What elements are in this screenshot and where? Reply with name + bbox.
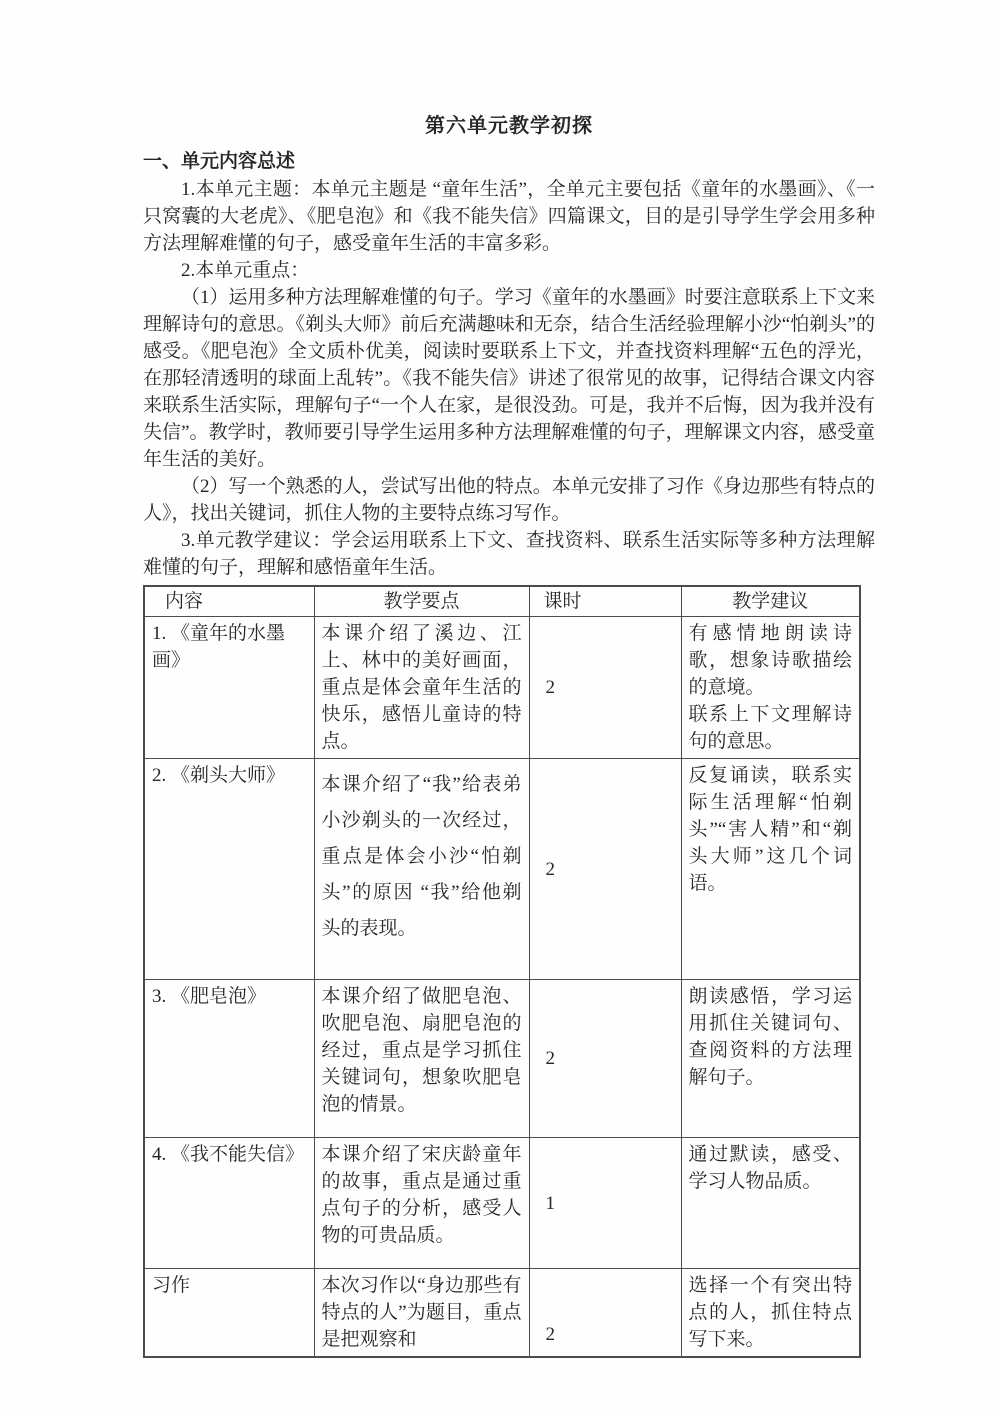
cell-content: 4. 《我不能失信》 bbox=[144, 1138, 314, 1269]
cell-teaching-points: 本课介绍了溪边、江上、林中的美好画面，重点是体会童年生活的快乐，感悟儿童诗的特点… bbox=[314, 617, 529, 759]
cell-teaching-suggestion: 通过默读，感受、学习人物品质。 bbox=[681, 1138, 860, 1269]
cell-class-hours: 2 bbox=[529, 980, 681, 1138]
col-header-content: 内容 bbox=[144, 586, 314, 617]
doc-title: 第六单元教学初探 bbox=[143, 112, 875, 140]
document-page: 第六单元教学初探 一、单元内容总述 1.本单元主题：本单元主题是 “童年生活”，… bbox=[0, 0, 1000, 1415]
table-row: 3. 《肥皂泡》 本课介绍了做肥皂泡、吹肥皂泡、扇肥皂泡的经过，重点是学习抓住关… bbox=[144, 980, 860, 1138]
cell-class-hours: 2 bbox=[529, 1269, 681, 1358]
cell-content: 3. 《肥皂泡》 bbox=[144, 980, 314, 1138]
cell-teaching-points: 本课介绍了做肥皂泡、吹肥皂泡、扇肥皂泡的经过，重点是学习抓住关键词句，想象吹肥皂… bbox=[314, 980, 529, 1138]
table-row: 习作 本次习作以“身边那些有特点的人”为题目，重点是把观察和 2 选择一个有突出… bbox=[144, 1269, 860, 1358]
cell-teaching-points: 本课介绍了宋庆龄童年的故事，重点是通过重点句子的分析，感受人物的可贵品质。 bbox=[314, 1138, 529, 1269]
table-header-row: 内容 教学要点 课时 教学建议 bbox=[144, 586, 860, 617]
cell-teaching-points: 本次习作以“身边那些有特点的人”为题目，重点是把观察和 bbox=[314, 1269, 529, 1358]
table-row: 4. 《我不能失信》 本课介绍了宋庆龄童年的故事，重点是通过重点句子的分析，感受… bbox=[144, 1138, 860, 1269]
paragraph-unit-focus-label: 2.本单元重点： bbox=[143, 257, 875, 284]
cell-content: 2. 《剃头大师》 bbox=[144, 759, 314, 980]
cell-class-hours: 1 bbox=[529, 1138, 681, 1269]
cell-teaching-suggestion: 有感情地朗读诗歌，想象诗歌描绘的意境。 联系上下文理解诗句的意思。 bbox=[681, 617, 860, 759]
paragraph-unit-theme: 1.本单元主题：本单元主题是 “童年生活”，全单元主要包括《童年的水墨画》、《一… bbox=[143, 176, 875, 257]
cell-teaching-points: 本课介绍了“我”给表弟小沙剃头的一次经过，重点是体会小沙“怕剃头”的原因 “我”… bbox=[314, 759, 529, 980]
unit-overview-table: 内容 教学要点 课时 教学建议 1. 《童年的水墨画》 本课介绍了溪边、江上、林… bbox=[143, 585, 861, 1358]
cell-teaching-suggestion: 反复诵读，联系实际生活理解“怕剃头”“害人精”和“剃头大师”这几个词语。 bbox=[681, 759, 860, 980]
table-row: 2. 《剃头大师》 本课介绍了“我”给表弟小沙剃头的一次经过，重点是体会小沙“怕… bbox=[144, 759, 860, 980]
cell-teaching-suggestion: 朗读感悟，学习运用抓住关键词句、查阅资料的方法理解句子。 bbox=[681, 980, 860, 1138]
section-heading: 一、单元内容总述 bbox=[143, 148, 875, 176]
cell-class-hours: 2 bbox=[529, 617, 681, 759]
col-header-teaching-points: 教学要点 bbox=[314, 586, 529, 617]
paragraph-teaching-suggestion: 3.单元教学建议：学会运用联系上下文、查找资料、联系生活实际等多种方法理解难懂的… bbox=[143, 527, 875, 581]
col-header-class-hours: 课时 bbox=[529, 586, 681, 617]
paragraph-focus-point-1: （1）运用多种方法理解难懂的句子。学习《童年的水墨画》时要注意联系上下文来理解诗… bbox=[143, 284, 875, 473]
cell-class-hours: 2 bbox=[529, 759, 681, 980]
cell-teaching-suggestion: 选择一个有突出特点的人，抓住特点写下来。 bbox=[681, 1269, 860, 1358]
paragraph-focus-point-2: （2）写一个熟悉的人，尝试写出他的特点。本单元安排了习作《身边那些有特点的人》，… bbox=[143, 473, 875, 527]
cell-content: 习作 bbox=[144, 1269, 314, 1358]
table-row: 1. 《童年的水墨画》 本课介绍了溪边、江上、林中的美好画面，重点是体会童年生活… bbox=[144, 617, 860, 759]
cell-content: 1. 《童年的水墨画》 bbox=[144, 617, 314, 759]
col-header-teaching-suggestions: 教学建议 bbox=[681, 586, 860, 617]
